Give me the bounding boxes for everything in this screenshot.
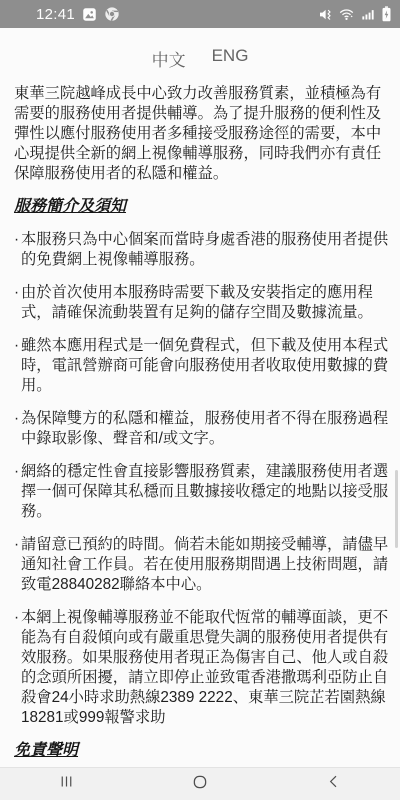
bullet-marker: · bbox=[14, 283, 21, 303]
home-icon bbox=[191, 773, 209, 796]
bullet-text: 請留意已預約的時間。倘若未能如期接受輔導，請儘早通知社會工作員。若在使用服務期間… bbox=[21, 536, 388, 593]
lang-english-link[interactable]: ENG bbox=[212, 46, 249, 71]
recents-button[interactable] bbox=[0, 768, 133, 800]
back-icon bbox=[325, 773, 342, 795]
section-heading-service-intro: 服務簡介及須知 bbox=[14, 197, 390, 217]
status-bar: 12:41 bbox=[0, 0, 400, 28]
lang-chinese-link[interactable]: 中文 bbox=[152, 46, 186, 71]
navigation-bar bbox=[0, 767, 400, 800]
battery-charging-icon bbox=[381, 6, 392, 22]
section-heading-disclaimer: 免責聲明 bbox=[14, 741, 390, 761]
gallery-icon bbox=[82, 7, 97, 22]
bullet-item-2: · 由於首次使用本服務時需要下載及安裝指定的應用程式，請確保流動裝置有足夠的儲存… bbox=[14, 283, 390, 323]
bullet-text: 由於首次使用本服務時需要下載及安裝指定的應用程式，請確保流動裝置有足夠的儲存空間… bbox=[21, 284, 373, 321]
phone-screen: 12:41 bbox=[0, 0, 400, 800]
chrome-icon bbox=[104, 6, 120, 22]
bullet-text: 本網上視像輔導服務並不能取代恆常的輔導面談，更不能為有自殺傾向或有嚴重思覺失調的… bbox=[21, 609, 388, 726]
bullet-item-6: · 請留意已預約的時間。倘若未能如期接受輔導，請儘早通知社會工作員。若在使用服務… bbox=[14, 535, 390, 595]
bullet-marker: · bbox=[14, 336, 21, 356]
bullet-marker: · bbox=[14, 462, 21, 482]
bullet-item-3: · 雖然本應用程式是一個免費程式，但下載及使用本程式時，電訊營辦商可能會向服務使… bbox=[14, 336, 390, 396]
language-switcher: 中文 ENG bbox=[0, 46, 400, 71]
scrollbar-thumb[interactable] bbox=[395, 470, 398, 548]
home-button[interactable] bbox=[133, 768, 266, 800]
bullet-item-5: · 網絡的穩定性會直接影響服務質素，建議服務使用者選擇一個可保障其私穩而且數據接… bbox=[14, 462, 390, 522]
status-time: 12:41 bbox=[36, 6, 75, 23]
bullet-marker: · bbox=[14, 535, 21, 555]
bullet-item-4: · 為保障雙方的私隱和權益，服務使用者不得在服務過程中錄取影像、聲音和/或文字。 bbox=[14, 409, 390, 449]
bullet-marker: · bbox=[14, 230, 21, 250]
bullet-marker: · bbox=[14, 608, 21, 628]
page-content: 東華三院越峰成長中心致力改善服務質素，並積極為有需要的服務使用者提供輔導。為了提… bbox=[0, 84, 400, 767]
bullet-marker: · bbox=[14, 409, 21, 429]
bullet-item-1: · 本服務只為中心個案而當時身處香港的服務使用者提供的免費網上視像輔導服務。 bbox=[14, 230, 390, 270]
signal-strength-icon bbox=[360, 7, 376, 22]
back-button[interactable] bbox=[267, 768, 400, 800]
bullet-text: 為保障雙方的私隱和權益，服務使用者不得在服務過程中錄取影像、聲音和/或文字。 bbox=[21, 410, 388, 447]
vibrate-mute-icon bbox=[317, 7, 333, 22]
recents-icon bbox=[58, 773, 75, 795]
bullet-item-7: · 本網上視像輔導服務並不能取代恆常的輔導面談，更不能為有自殺傾向或有嚴重思覺失… bbox=[14, 608, 390, 728]
status-bar-right bbox=[317, 6, 392, 22]
bullet-text: 本服務只為中心個案而當時身處香港的服務使用者提供的免費網上視像輔導服務。 bbox=[21, 231, 388, 268]
wifi-icon bbox=[338, 7, 355, 22]
status-bar-left: 12:41 bbox=[36, 6, 120, 23]
bullet-text: 網絡的穩定性會直接影響服務質素，建議服務使用者選擇一個可保障其私穩而且數據接收穩… bbox=[21, 463, 388, 520]
bullet-text: 雖然本應用程式是一個免費程式，但下載及使用本程式時，電訊營辦商可能會向服務使用者… bbox=[21, 337, 388, 394]
intro-paragraph: 東華三院越峰成長中心致力改善服務質素，並積極為有需要的服務使用者提供輔導。為了提… bbox=[14, 84, 390, 184]
